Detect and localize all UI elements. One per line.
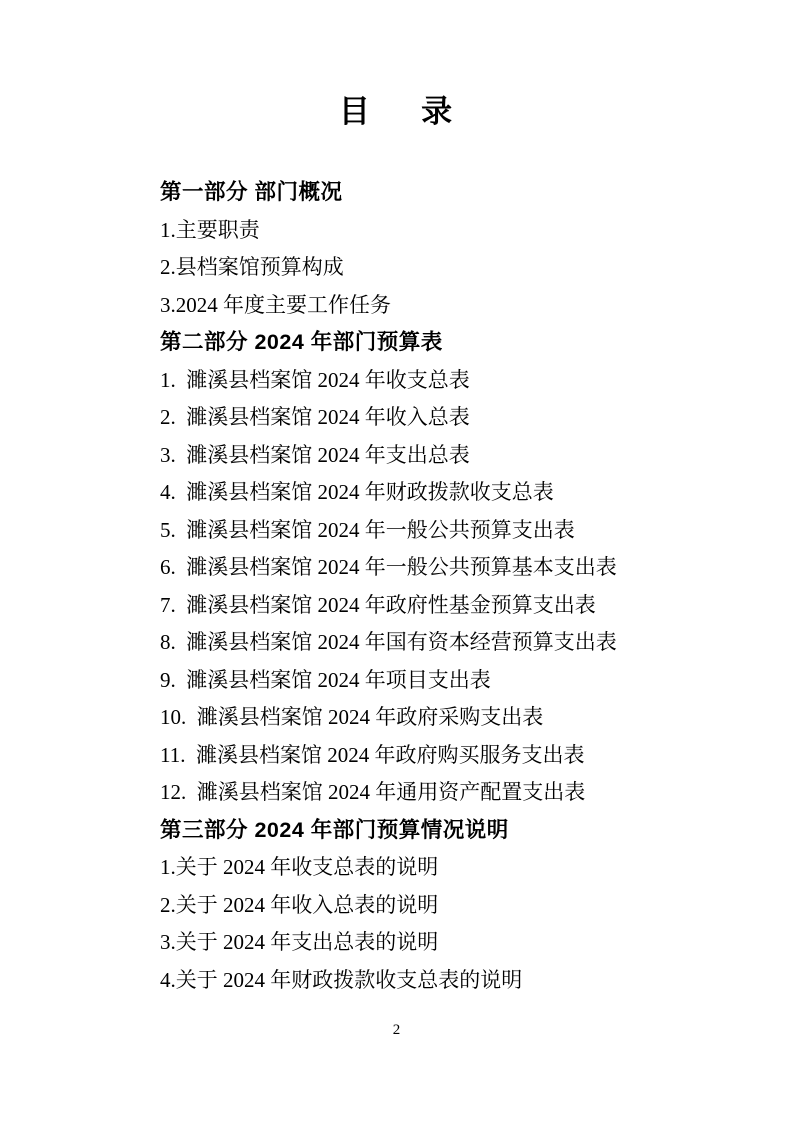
page-title: 目 录 xyxy=(0,92,793,132)
toc-item: 3.关于 2024 年支出总表的说明 xyxy=(160,924,703,962)
toc-item: 7. 濉溪县档案馆 2024 年政府性基金预算支出表 xyxy=(160,587,703,625)
toc-item: 5. 濉溪县档案馆 2024 年一般公共预算支出表 xyxy=(160,512,703,550)
toc-section-heading-2: 第二部分 2024 年部门预算表 xyxy=(160,324,703,362)
document-page: 目 录 第一部分 部门概况 1.主要职责 2.县档案馆预算构成 3.2024 年… xyxy=(0,0,793,1122)
toc-item: 11. 濉溪县档案馆 2024 年政府购买服务支出表 xyxy=(160,737,703,775)
toc-item: 3. 濉溪县档案馆 2024 年支出总表 xyxy=(160,437,703,475)
toc-item: 1.主要职责 xyxy=(160,212,703,250)
toc-item: 10. 濉溪县档案馆 2024 年政府采购支出表 xyxy=(160,699,703,737)
toc-item: 8. 濉溪县档案馆 2024 年国有资本经营预算支出表 xyxy=(160,624,703,662)
toc-item: 4. 濉溪县档案馆 2024 年财政拨款收支总表 xyxy=(160,474,703,512)
toc-item: 4.关于 2024 年财政拨款收支总表的说明 xyxy=(160,962,703,1000)
toc-section-heading-1: 第一部分 部门概况 xyxy=(160,174,703,212)
toc-item: 9. 濉溪县档案馆 2024 年项目支出表 xyxy=(160,662,703,700)
toc-item: 2.县档案馆预算构成 xyxy=(160,249,703,287)
toc-section-heading-3: 第三部分 2024 年部门预算情况说明 xyxy=(160,812,703,850)
toc-item: 3.2024 年度主要工作任务 xyxy=(160,287,703,325)
toc-item: 6. 濉溪县档案馆 2024 年一般公共预算基本支出表 xyxy=(160,549,703,587)
toc-item: 12. 濉溪县档案馆 2024 年通用资产配置支出表 xyxy=(160,774,703,812)
toc-item: 2. 濉溪县档案馆 2024 年收入总表 xyxy=(160,399,703,437)
toc-item: 1.关于 2024 年收支总表的说明 xyxy=(160,849,703,887)
toc-item: 1. 濉溪县档案馆 2024 年收支总表 xyxy=(160,362,703,400)
toc-content: 第一部分 部门概况 1.主要职责 2.县档案馆预算构成 3.2024 年度主要工… xyxy=(0,174,793,999)
page-number: 2 xyxy=(0,1020,793,1040)
toc-item: 2.关于 2024 年收入总表的说明 xyxy=(160,887,703,925)
